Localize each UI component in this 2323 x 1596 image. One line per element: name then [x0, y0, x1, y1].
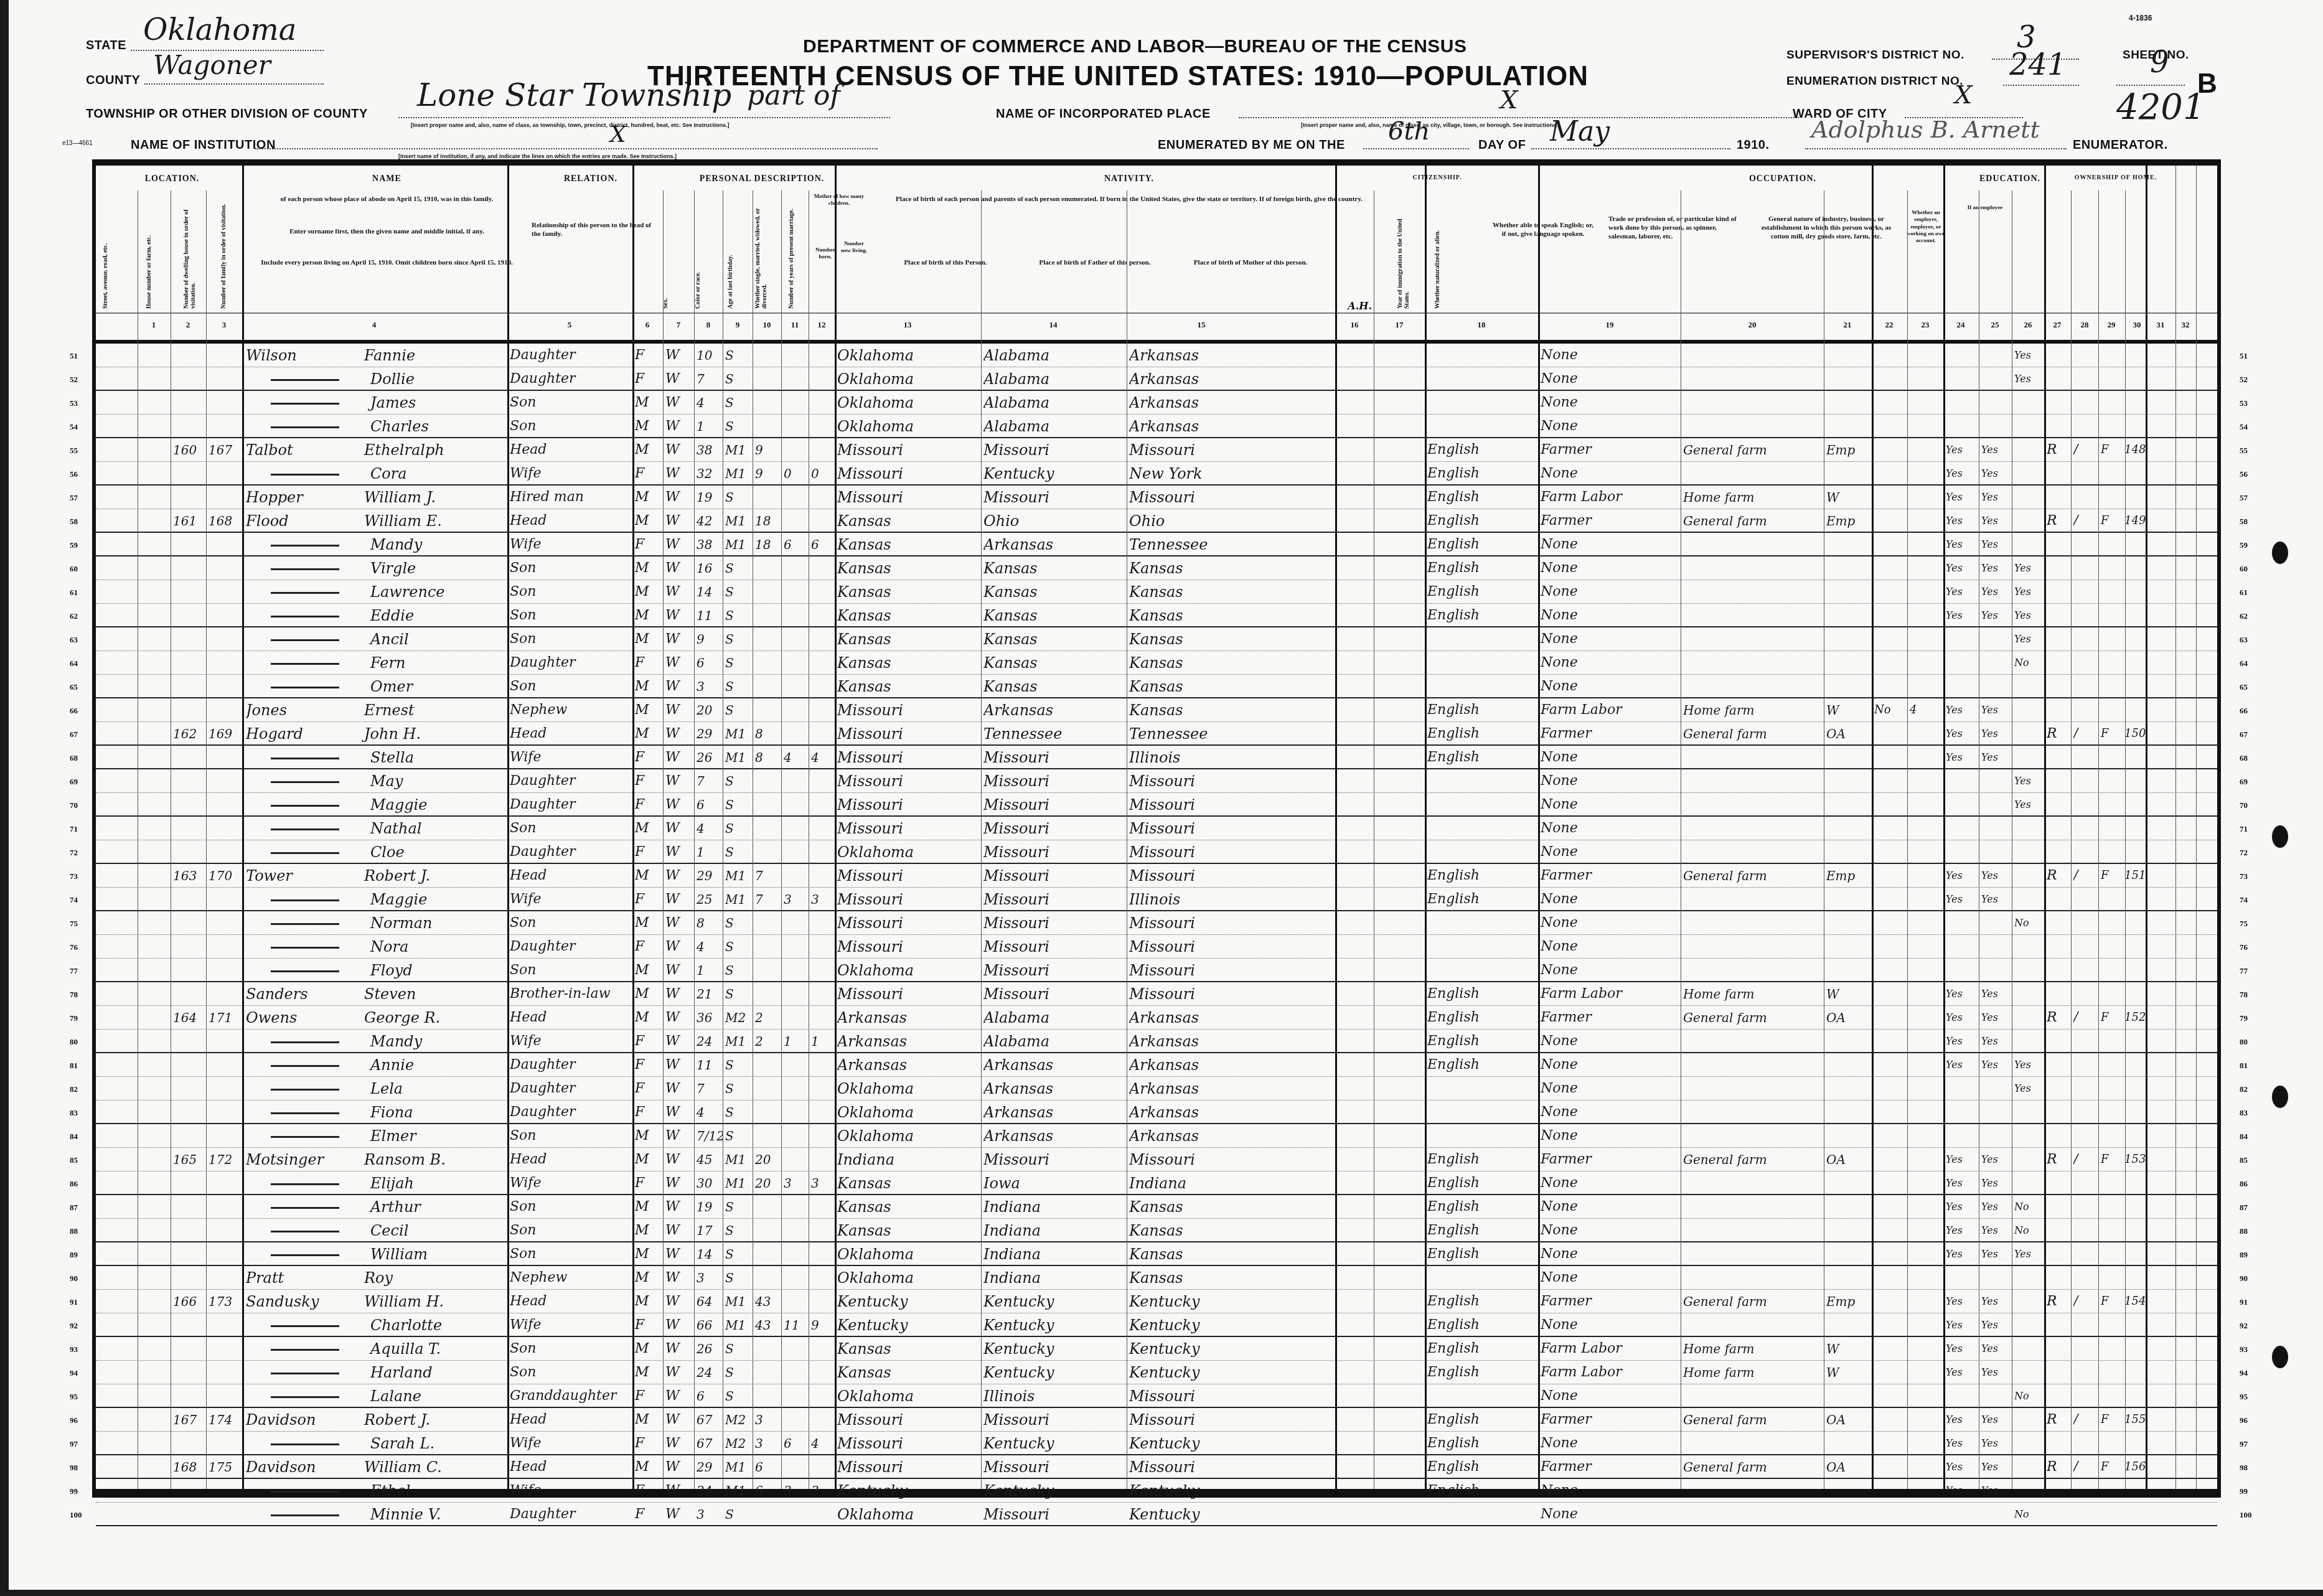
bp-cell: Kansas	[837, 581, 981, 603]
col14-annotation: A.H.	[1123, 300, 1372, 312]
race-cell: W	[665, 1504, 694, 1525]
bp-cell: Missouri	[837, 1457, 981, 1478]
fh-cell: F	[2101, 1291, 2125, 1312]
living-cell: 3	[811, 1173, 835, 1194]
section-nativity: NATIVITY.	[868, 174, 1391, 184]
col-street: Street, avenue, road, etc.	[102, 203, 109, 309]
c24-cell: Yes	[1981, 983, 2012, 1005]
surname	[271, 899, 339, 901]
name-cell: Ancil	[246, 629, 506, 650]
farm-cell: 152	[2124, 1007, 2152, 1028]
surname	[271, 426, 339, 428]
relation-cell: Head	[510, 1007, 632, 1028]
column-divider	[507, 166, 509, 1489]
name-cell: JonesErnest	[246, 700, 506, 721]
bpf-cell: Alabama	[983, 368, 1127, 390]
col-year-immigration: Year of immigration to the United States…	[1397, 203, 1410, 309]
punch-hole-icon	[2272, 1346, 2288, 1368]
bpm-cell: Kansas	[1129, 700, 1335, 721]
farm-cell: 149	[2124, 510, 2152, 532]
given-name: Fiona	[370, 1104, 413, 1121]
yrs-cell: 18	[755, 534, 781, 555]
bpm-cell: Missouri	[1129, 983, 1335, 1005]
trade-cell: None	[1541, 747, 1681, 768]
c23-cell: Yes	[1946, 1054, 1979, 1076]
own-cell: R	[2047, 1291, 2071, 1312]
sex-cell: M	[635, 581, 664, 603]
bp-cell: Oklahoma	[837, 416, 981, 437]
c24-cell: Yes	[1981, 463, 2012, 484]
table-row: JamesSonMW4SOklahomaAlabamaArkansasNone	[96, 391, 2217, 415]
sex-cell: M	[635, 818, 664, 839]
trade-cell: None	[1541, 605, 1681, 626]
marital-cell: M1	[725, 865, 753, 886]
race-cell: W	[665, 1457, 694, 1478]
relation-cell: Nephew	[510, 1267, 632, 1289]
line-number: 54	[70, 422, 78, 432]
surname: Talbot	[246, 439, 364, 461]
name-cell: Ethel	[246, 1480, 506, 1501]
bpm-cell: Kentucky	[1129, 1362, 1335, 1383]
column-divider	[1979, 190, 1979, 1489]
trade-cell: None	[1541, 652, 1681, 674]
line-number: 58	[2240, 517, 2248, 527]
marital-cell: S	[725, 771, 753, 792]
age-cell: 24	[697, 1031, 723, 1052]
lang-cell: English	[1427, 1291, 1538, 1312]
line-number: 81	[70, 1061, 78, 1071]
age-cell: 19	[697, 487, 723, 508]
bp-cell: Kansas	[837, 534, 981, 555]
c24-cell: Yes	[1981, 889, 2012, 910]
age-cell: 29	[697, 1457, 723, 1478]
given-name: Eddie	[370, 607, 414, 624]
c25-cell: Yes	[2014, 1078, 2045, 1099]
c23-cell: Yes	[1946, 1291, 1979, 1312]
lang-cell: English	[1427, 463, 1538, 484]
line-number: 58	[70, 517, 78, 527]
trade-cell: Farmer	[1541, 723, 1681, 744]
bp-cell: Missouri	[837, 936, 981, 957]
sex-cell: M	[635, 960, 664, 981]
age-cell: 38	[697, 439, 723, 461]
family-cell: 170	[209, 865, 242, 886]
column-number: 7	[672, 320, 685, 330]
trade-cell: None	[1541, 558, 1681, 579]
line-number: 75	[2240, 919, 2248, 929]
line-number: 61	[2240, 588, 2248, 598]
sex-cell: F	[635, 534, 664, 555]
trade-cell: None	[1541, 463, 1681, 484]
lang-cell: English	[1427, 581, 1538, 603]
trade-cell: None	[1541, 1433, 1681, 1454]
bpf-cell: Missouri	[983, 913, 1127, 934]
age-cell: 17	[697, 1220, 723, 1241]
surname	[271, 687, 339, 688]
column-divider	[2175, 166, 2176, 1489]
line-number: 74	[70, 895, 78, 905]
bpf-cell: Indiana	[983, 1244, 1127, 1265]
line-number: 64	[2240, 659, 2248, 669]
bpm-cell: Ohio	[1129, 510, 1335, 532]
marital-cell: S	[725, 960, 753, 981]
sex-cell: M	[635, 487, 664, 508]
yrs-cell: 9	[755, 463, 781, 484]
bpm-cell: Kentucky	[1129, 1504, 1335, 1525]
c25-cell: No	[2014, 1196, 2045, 1218]
line-number: 67	[2240, 730, 2248, 739]
incorporated-label: Name of incorporated place	[996, 107, 1211, 121]
family-cell: 173	[209, 1291, 242, 1312]
yrs-cell: 3	[755, 1409, 781, 1430]
column-number: 29	[2105, 320, 2118, 330]
column-number: 10	[761, 320, 773, 330]
name-cell: Eddie	[246, 605, 506, 626]
line-number: 81	[2240, 1061, 2248, 1071]
bpm-cell: Illinois	[1129, 889, 1335, 910]
bp-cell: Indiana	[837, 1149, 981, 1170]
lang-cell: English	[1427, 1457, 1538, 1478]
race-cell: W	[665, 416, 694, 437]
table-row: MandyWifeFW38M11866KansasArkansasTenness…	[96, 533, 2217, 556]
line-number: 95	[2240, 1392, 2248, 1402]
industry-cell: General farm	[1683, 1291, 1824, 1312]
name-cell: Mandy	[246, 534, 506, 555]
line-number: 88	[2240, 1226, 2248, 1236]
line-number: 99	[70, 1486, 78, 1496]
trade-cell: None	[1541, 960, 1681, 981]
given-name: William E.	[364, 512, 442, 530]
col-years-married: Number of years of present marriage.	[788, 197, 795, 309]
c23-cell: Yes	[1946, 581, 1979, 603]
age-cell: 25	[697, 889, 723, 910]
column-number: 11	[789, 320, 801, 330]
column-number: 27	[2051, 320, 2063, 330]
line-number: 51	[70, 351, 78, 361]
section-citizenship: CITIZENSHIP.	[1391, 174, 1484, 181]
line-number: 67	[70, 730, 78, 739]
column-divider	[1907, 190, 1908, 1489]
bp-cell: Missouri	[837, 747, 981, 768]
given-name: William C.	[364, 1458, 442, 1476]
bpm-cell: Arkansas	[1129, 392, 1335, 413]
line-number: 65	[2240, 682, 2248, 692]
line-number: 93	[70, 1345, 78, 1354]
column-number: 25	[1989, 320, 2001, 330]
given-name: Nathal	[370, 820, 421, 837]
relation-cell: Son	[510, 960, 632, 981]
table-row: WilsonFannieDaughterFW10SOklahomaAlabama…	[96, 344, 2217, 367]
relation-cell: Daughter	[510, 1504, 632, 1525]
given-name: James	[370, 394, 416, 411]
born-cell: 6	[784, 534, 809, 555]
surname: Davidson	[246, 1409, 364, 1430]
sex-cell: F	[635, 1315, 664, 1336]
bpf-cell: Tennessee	[983, 723, 1127, 744]
c24-cell: Yes	[1981, 487, 2012, 508]
relation-cell: Son	[510, 1338, 632, 1359]
family-cell: 172	[209, 1149, 242, 1170]
marital-cell: S	[725, 629, 753, 650]
bp-cell: Oklahoma	[837, 1078, 981, 1099]
relation-cell: Son	[510, 416, 632, 437]
sex-cell: F	[635, 1504, 664, 1525]
c23-cell: Yes	[1946, 1433, 1979, 1454]
marital-cell: S	[725, 700, 753, 721]
c23-cell: Yes	[1946, 487, 1979, 508]
county-field: Wagoner	[144, 60, 324, 85]
marital-cell: M1	[725, 534, 753, 555]
living-cell: 4	[811, 747, 835, 768]
yrs-cell: 6	[755, 1457, 781, 1478]
col-trade-desc: Trade or profession of, or particular ki…	[1608, 215, 1745, 241]
industry-cell: Home farm	[1683, 1362, 1824, 1383]
own-cell: R	[2047, 1457, 2071, 1478]
sex-cell: F	[635, 463, 664, 484]
table-row: AncilSonMW9SKansasKansasKansasNoneYes	[96, 627, 2217, 651]
emp-cell: Emp	[1826, 510, 1872, 532]
name-cell: Maggie	[246, 889, 506, 910]
surname: Flood	[246, 510, 364, 532]
line-number: 59	[70, 540, 78, 550]
column-number: 20	[1746, 320, 1758, 330]
trade-cell: None	[1541, 1102, 1681, 1123]
column-divider	[632, 166, 634, 1489]
line-number: 71	[2240, 824, 2248, 834]
c25-cell: Yes	[2014, 605, 2045, 626]
column-divider	[2071, 190, 2072, 1489]
bp-cell: Missouri	[837, 794, 981, 815]
bpf-cell: Alabama	[983, 345, 1127, 366]
free-cell: /	[2073, 1291, 2098, 1312]
institution-hint: [Insert name of institution, if any, and…	[398, 153, 859, 159]
column-number: 8	[702, 320, 715, 330]
age-cell: 6	[697, 794, 723, 815]
column-number: 15	[1195, 320, 1208, 330]
c23-cell: Yes	[1946, 439, 1979, 461]
table-row: HarlandSonMW24SKansasKentuckyKentuckyEng…	[96, 1361, 2217, 1384]
race-cell: W	[665, 558, 694, 579]
age-cell: 20	[697, 700, 723, 721]
trade-cell: None	[1541, 581, 1681, 603]
surname	[271, 1514, 339, 1516]
line-number: 72	[70, 848, 78, 858]
fh-cell: F	[2101, 1409, 2125, 1430]
c24-cell: Yes	[1981, 510, 2012, 532]
line-number: 70	[2240, 800, 2248, 810]
line-number: 85	[2240, 1155, 2248, 1165]
age-cell: 36	[697, 1007, 723, 1028]
lang-cell: English	[1427, 747, 1538, 768]
line-number: 51	[2240, 351, 2248, 361]
race-cell: W	[665, 1480, 694, 1501]
trade-cell: Farmer	[1541, 1007, 1681, 1028]
born-cell: 3	[784, 889, 809, 910]
industry-cell: General farm	[1683, 439, 1824, 461]
emp-cell: OA	[1826, 1149, 1872, 1170]
free-cell: /	[2073, 1457, 2098, 1478]
bpf-cell: Ohio	[983, 510, 1127, 532]
line-number: 98	[2240, 1463, 2248, 1473]
relation-cell: Son	[510, 1244, 632, 1265]
trade-cell: None	[1541, 676, 1681, 697]
line-number: 99	[2240, 1486, 2248, 1496]
bp-cell: Missouri	[837, 439, 981, 461]
bpf-cell: Missouri	[983, 960, 1127, 981]
relation-cell: Head	[510, 865, 632, 886]
county-label: County	[86, 73, 140, 88]
bpm-cell: Missouri	[1129, 865, 1335, 886]
age-cell: 1	[697, 416, 723, 437]
sex-cell: M	[635, 416, 664, 437]
living-cell: 0	[811, 463, 835, 484]
bp-cell: Oklahoma	[837, 345, 981, 366]
column-divider	[723, 190, 723, 1489]
race-cell: W	[665, 1220, 694, 1241]
bpm-cell: Missouri	[1129, 913, 1335, 934]
column-divider	[663, 190, 664, 1489]
sex-cell: M	[635, 1267, 664, 1289]
enumeration-district: 241	[2009, 47, 2067, 82]
c23-cell: Yes	[1946, 723, 1979, 744]
fh-cell: F	[2101, 1007, 2125, 1028]
sex-cell: M	[635, 723, 664, 744]
marital-cell: S	[725, 983, 753, 1005]
marital-cell: M1	[725, 1031, 753, 1052]
sex-cell: F	[635, 345, 664, 366]
race-cell: W	[665, 936, 694, 957]
bpm-cell: Arkansas	[1129, 1078, 1335, 1099]
column-number: 32	[2179, 320, 2192, 330]
trade-cell: None	[1541, 1125, 1681, 1147]
industry-cell: General farm	[1683, 1007, 1824, 1028]
table-row: FloodWilliam E.161168HeadMW42M118KansasO…	[96, 509, 2217, 533]
yrs-cell: 8	[755, 747, 781, 768]
relation-cell: Head	[510, 510, 632, 532]
given-name: Elmer	[370, 1127, 416, 1145]
age-cell: 29	[697, 723, 723, 744]
col-race: Color or race.	[695, 222, 702, 309]
sex-cell: F	[635, 889, 664, 910]
c24-cell: Yes	[1981, 1149, 2012, 1170]
bpm-cell: Kentucky	[1129, 1315, 1335, 1336]
c24-cell: Yes	[1981, 1315, 2012, 1336]
age-cell: 67	[697, 1433, 723, 1454]
given-name: Mandy	[370, 1033, 422, 1050]
name-cell: May	[246, 771, 506, 792]
yrs-cell: 6	[755, 1480, 781, 1501]
bpf-cell: Missouri	[983, 865, 1127, 886]
column-divider	[753, 190, 753, 1489]
race-cell: W	[665, 1196, 694, 1218]
enumeration-label: Enumeration District No.	[1786, 75, 1963, 88]
marital-cell: S	[725, 1386, 753, 1407]
race-cell: W	[665, 818, 694, 839]
marital-cell: M2	[725, 1007, 753, 1028]
family-cell: 174	[209, 1409, 242, 1430]
surname	[271, 474, 339, 476]
trade-cell: None	[1541, 1196, 1681, 1218]
punch-hole-icon	[2272, 542, 2288, 564]
marital-cell: S	[725, 842, 753, 863]
c23-cell: Yes	[1946, 1173, 1979, 1194]
lang-cell: English	[1427, 983, 1538, 1005]
race-cell: W	[665, 1291, 694, 1312]
given-name: William H.	[364, 1293, 444, 1310]
line-number: 91	[2240, 1297, 2248, 1307]
table-row: JonesErnestNephewMW20SMissouriArkansasKa…	[96, 698, 2217, 722]
column-divider	[1681, 190, 1681, 1489]
marital-cell: S	[725, 345, 753, 366]
line-number: 90	[2240, 1274, 2248, 1284]
sex-cell: M	[635, 1362, 664, 1383]
own-cell: R	[2047, 510, 2071, 532]
line-number: 74	[2240, 895, 2248, 905]
table-row: SandersStevenBrother-in-lawMW21SMissouri…	[96, 982, 2217, 1006]
bp-cell: Oklahoma	[837, 960, 981, 981]
bpf-cell: Indiana	[983, 1267, 1127, 1289]
trade-cell: None	[1541, 345, 1681, 366]
sex-cell: M	[635, 1457, 664, 1478]
race-cell: W	[665, 889, 694, 910]
marital-cell: M1	[725, 1315, 753, 1336]
name-cell: William	[246, 1244, 506, 1265]
bpf-cell: Kansas	[983, 676, 1127, 697]
race-cell: W	[665, 1338, 694, 1359]
sex-cell: F	[635, 1031, 664, 1052]
line-number: 100	[2240, 1510, 2252, 1520]
bpf-cell: Kentucky	[983, 1362, 1127, 1383]
name-cell: SanduskyWilliam H.	[246, 1291, 506, 1312]
relation-cell: Head	[510, 723, 632, 744]
bpm-cell: Tennessee	[1129, 723, 1335, 744]
sex-cell: F	[635, 368, 664, 390]
relation-cell: Daughter	[510, 368, 632, 390]
c23-cell: Yes	[1946, 605, 1979, 626]
column-divider	[2125, 190, 2126, 1489]
race-cell: W	[665, 723, 694, 744]
yrs-cell: 7	[755, 889, 781, 910]
age-cell: 29	[697, 865, 723, 886]
bp-cell: Kentucky	[837, 1480, 981, 1501]
name-cell: Charlotte	[246, 1315, 506, 1336]
free-cell: /	[2073, 1149, 2098, 1170]
race-cell: W	[665, 1362, 694, 1383]
bpf-cell: Missouri	[983, 889, 1127, 910]
column-divider	[2196, 166, 2197, 1489]
age-cell: 7	[697, 771, 723, 792]
bpm-cell: Missouri	[1129, 960, 1335, 981]
line-number: 94	[70, 1368, 78, 1378]
yrs-cell: 20	[755, 1173, 781, 1194]
c23-cell: Yes	[1946, 1409, 1979, 1430]
farm-cell: 151	[2124, 865, 2152, 886]
given-name: Maggie	[370, 796, 428, 814]
sex-cell: F	[635, 1173, 664, 1194]
race-cell: W	[665, 605, 694, 626]
relation-cell: Son	[510, 1220, 632, 1241]
marital-cell: S	[725, 416, 753, 437]
column-number: 2	[182, 320, 194, 330]
bpf-cell: Missouri	[983, 842, 1127, 863]
c25-cell: Yes	[2014, 581, 2045, 603]
scan-edge	[0, 0, 9, 1596]
lang-cell: English	[1427, 534, 1538, 555]
yrs-cell: 3	[755, 1433, 781, 1454]
col-birth-father: Place of birth of Father of this person.	[1023, 259, 1166, 268]
bpm-cell: Kentucky	[1129, 1433, 1335, 1454]
industry-cell: General farm	[1683, 1457, 1824, 1478]
